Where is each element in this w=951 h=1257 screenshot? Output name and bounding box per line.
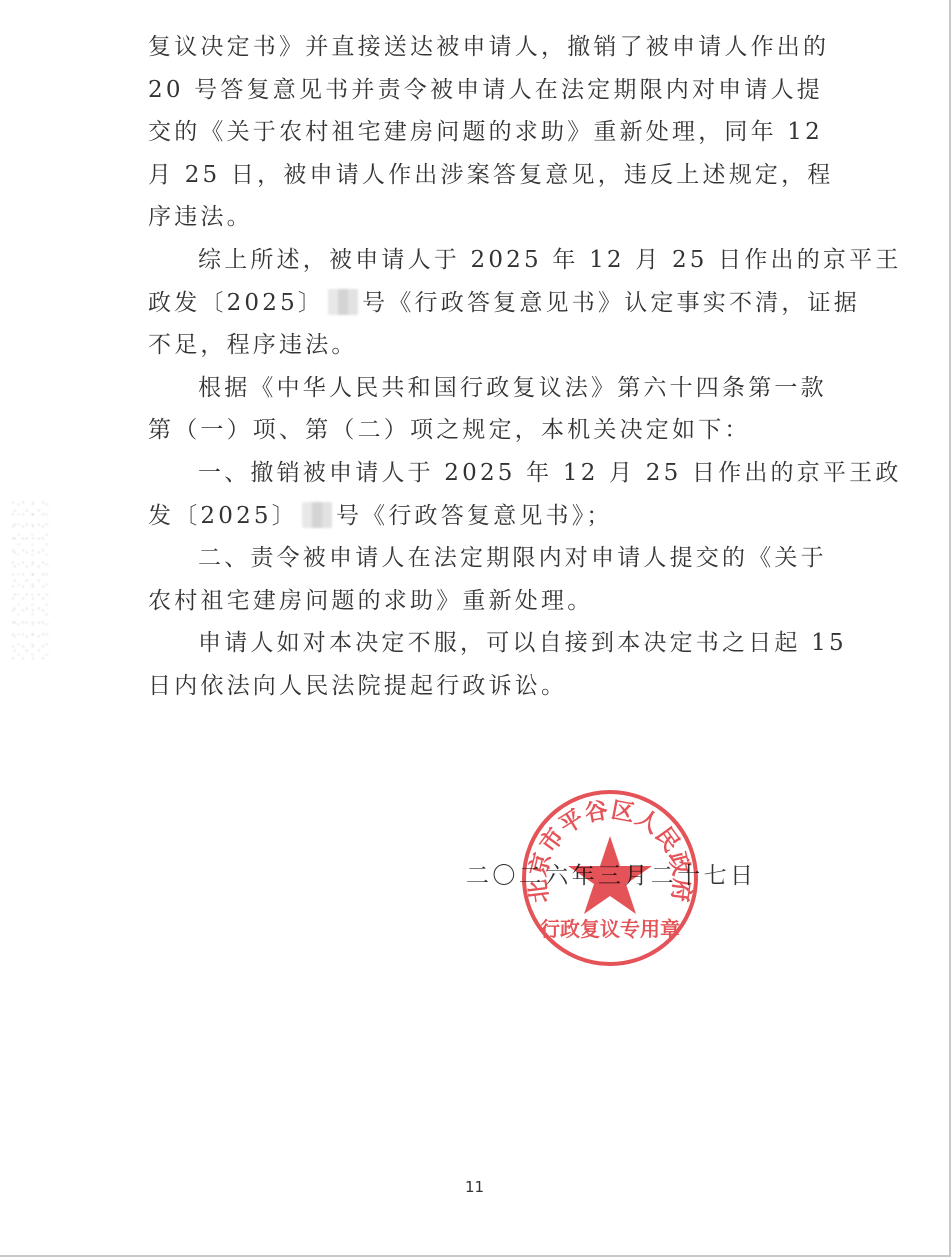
text-line: 交的《关于农村祖宅建房问题的求助》重新处理，同年 12 bbox=[148, 111, 810, 154]
decision-item-1: 一、撤销被申请人于 2025 年 12 月 25 日作出的京平王政 bbox=[148, 452, 810, 495]
text-segment: 号《行政答复意见书》； bbox=[336, 503, 613, 529]
text-line: 复议决定书》并直接送达被申请人，撤销了被申请人作出的 bbox=[148, 26, 810, 69]
redacted-document-number bbox=[302, 502, 332, 528]
text-line: 20 号答复意见书并责令被申请人在法定期限内对申请人提 bbox=[148, 69, 810, 112]
decision-item-2: 二、责令被申请人在法定期限内对申请人提交的《关于 bbox=[148, 537, 810, 580]
paragraph-legal-basis-start: 根据《中华人民共和国行政复议法》第六十四条第一款 bbox=[148, 367, 810, 410]
official-seal-icon: 北京市平谷区人民政府 行政复议专用章 bbox=[518, 786, 702, 970]
paragraph-summary-start: 综上所述，被申请人于 2025 年 12 月 25 日作出的京平王 bbox=[148, 239, 810, 282]
text-line-with-redaction: 政发〔2025〕号《行政答复意见书》认定事实不清，证据 bbox=[148, 282, 810, 325]
text-line: 序违法。 bbox=[148, 196, 810, 239]
text-segment: 发〔2025〕 bbox=[148, 503, 298, 529]
seal-inner-text: 行政复议专用章 bbox=[540, 917, 680, 941]
text-line: 日内依法向人民法院提起行政诉讼。 bbox=[148, 665, 810, 708]
text-line: 农村祖宅建房问题的求助》重新处理。 bbox=[148, 580, 810, 623]
text-segment: 政发〔2025〕 bbox=[148, 290, 324, 316]
page-number: 11 bbox=[0, 1178, 949, 1196]
text-segment: 号《行政答复意见书》认定事实不清，证据 bbox=[362, 290, 860, 316]
redacted-document-number bbox=[328, 289, 358, 315]
decision-body-text: 复议决定书》并直接送达被申请人，撤销了被申请人作出的 20 号答复意见书并责令被… bbox=[148, 26, 810, 708]
document-page: 复议决定书》并直接送达被申请人，撤销了被申请人作出的 20 号答复意见书并责令被… bbox=[0, 0, 951, 1257]
text-line-with-redaction: 发〔2025〕号《行政答复意见书》； bbox=[148, 495, 810, 538]
scan-margin-artifact bbox=[10, 500, 50, 660]
paragraph-appeal-notice-start: 申请人如对本决定不服，可以自接到本决定书之日起 15 bbox=[148, 622, 810, 665]
text-line: 月 25 日，被申请人作出涉案答复意见，违反上述规定，程 bbox=[148, 154, 810, 197]
text-line: 第（一）项、第（二）项之规定，本机关决定如下： bbox=[148, 409, 810, 452]
text-line: 不足，程序违法。 bbox=[148, 324, 810, 367]
